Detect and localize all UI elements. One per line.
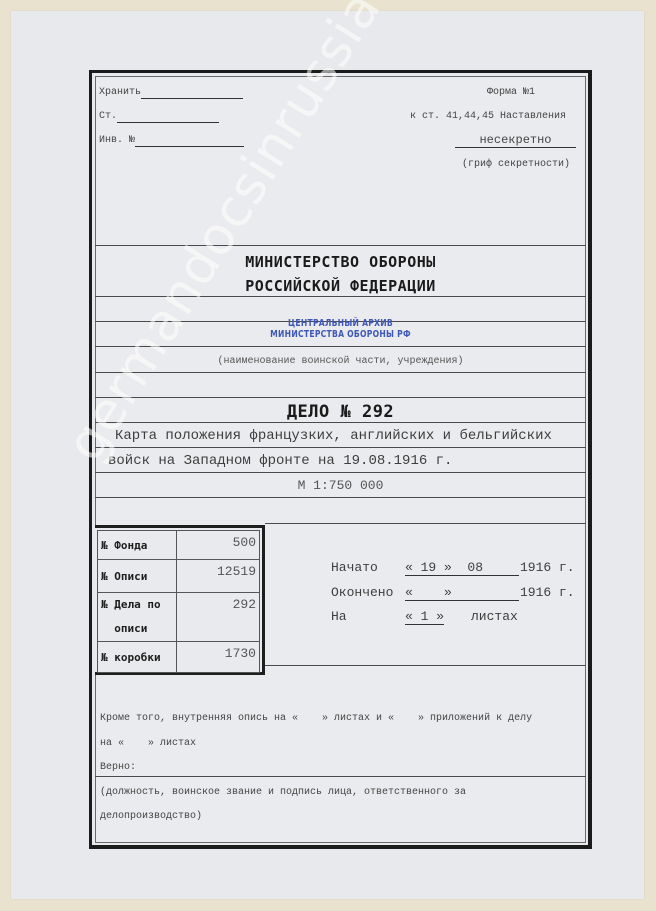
registry-table: № Фонда 500 № Описи 12519 № Дела по опис…	[97, 530, 260, 673]
started-date: « 19 » 08	[405, 560, 519, 576]
classification-caption: (гриф секретности)	[462, 159, 570, 170]
store-label: Хранить	[99, 87, 141, 98]
form-number: Форма №1	[487, 87, 535, 98]
inventory-value-line	[135, 135, 244, 147]
responsible-caption-line2: делопроизводство)	[100, 811, 202, 822]
registry-label-part1: № Дела по	[101, 598, 161, 611]
stamp-line1: ЦЕНТРАЛЬНЫЙ АРХИВ	[132, 318, 549, 329]
sheets-suffix: листах	[471, 609, 518, 624]
divider	[95, 472, 586, 473]
divider	[95, 296, 586, 297]
divider	[95, 422, 586, 423]
divider	[95, 372, 586, 373]
registry-row: № Фонда 500	[98, 531, 260, 560]
divider	[95, 447, 586, 448]
registry-value: 1730	[177, 642, 260, 673]
case-description-line1: Карта положения французких, английских и…	[115, 428, 552, 444]
divider	[95, 245, 586, 246]
responsible-caption-line1: (должность, воинское звание и подпись ли…	[100, 787, 466, 798]
case-title: ДЕЛО № 292	[95, 402, 586, 422]
started-month: 08	[467, 560, 483, 575]
ministry-line2: РОССИЙСКОЙ ФЕДЕРАЦИИ	[95, 277, 586, 295]
started-year: 1916 г.	[520, 560, 575, 575]
sheets-count: « 1 »	[405, 609, 444, 625]
ended-label: Окончено	[331, 585, 393, 600]
archive-stamp: ЦЕНТРАЛЬНЫЙ АРХИВ МИНИСТЕРСТВА ОБОРОНЫ Р…	[132, 318, 549, 340]
registry-row: № Описи 12519	[98, 560, 260, 593]
article-label: Ст.	[99, 111, 117, 122]
ministry-line1: МИНИСТЕРСТВО ОБОРОНЫ	[95, 253, 586, 271]
ended-year: 1916 г.	[520, 585, 575, 600]
verified-label: Верно:	[100, 762, 136, 773]
registry-label-part2: описи	[114, 622, 147, 635]
case-description-line2: войск на Западном фронте на 19.08.1916 г…	[108, 453, 452, 469]
registry-value: 12519	[177, 560, 260, 593]
classification-value: несекретно	[455, 133, 576, 148]
article-field: Ст.	[99, 111, 219, 123]
divider	[95, 397, 586, 398]
started-label: Начато	[331, 560, 378, 575]
divider	[265, 523, 586, 524]
divider	[265, 665, 586, 666]
registry-label: № коробки	[98, 642, 177, 673]
started-day: « 19 »	[405, 560, 452, 575]
inventory-label: Инв. №	[99, 135, 135, 146]
article-value-line	[117, 111, 219, 123]
sheets-label: На	[331, 609, 347, 624]
unit-caption: (наименование воинской части, учреждения…	[95, 356, 586, 367]
registry-value: 500	[177, 531, 260, 560]
registry-row: № Дела по описи 292	[98, 593, 260, 642]
inventory-field: Инв. №	[99, 135, 244, 147]
stamp-line2: МИНИСТЕРСТВА ОБОРОНЫ РФ	[132, 329, 549, 340]
registry-label: № Описи	[98, 560, 177, 593]
inventory-note-line2: на « » листах	[100, 738, 196, 749]
ended-day: « »	[405, 585, 519, 601]
store-value-line	[141, 87, 243, 99]
registry-label: № Фонда	[98, 531, 177, 560]
registry-row: № коробки 1730	[98, 642, 260, 673]
map-scale: М 1:750 000	[95, 478, 586, 493]
store-field: Хранить	[99, 87, 243, 99]
divider	[95, 497, 586, 498]
inventory-note-line1: Кроме того, внутренняя опись на « » лист…	[100, 713, 532, 724]
divider	[95, 346, 586, 347]
form-reference: к ст. 41,44,45 Наставления	[410, 111, 566, 122]
registry-label: № Дела по описи	[98, 593, 177, 642]
divider	[95, 776, 586, 777]
registry-value: 292	[177, 593, 260, 642]
